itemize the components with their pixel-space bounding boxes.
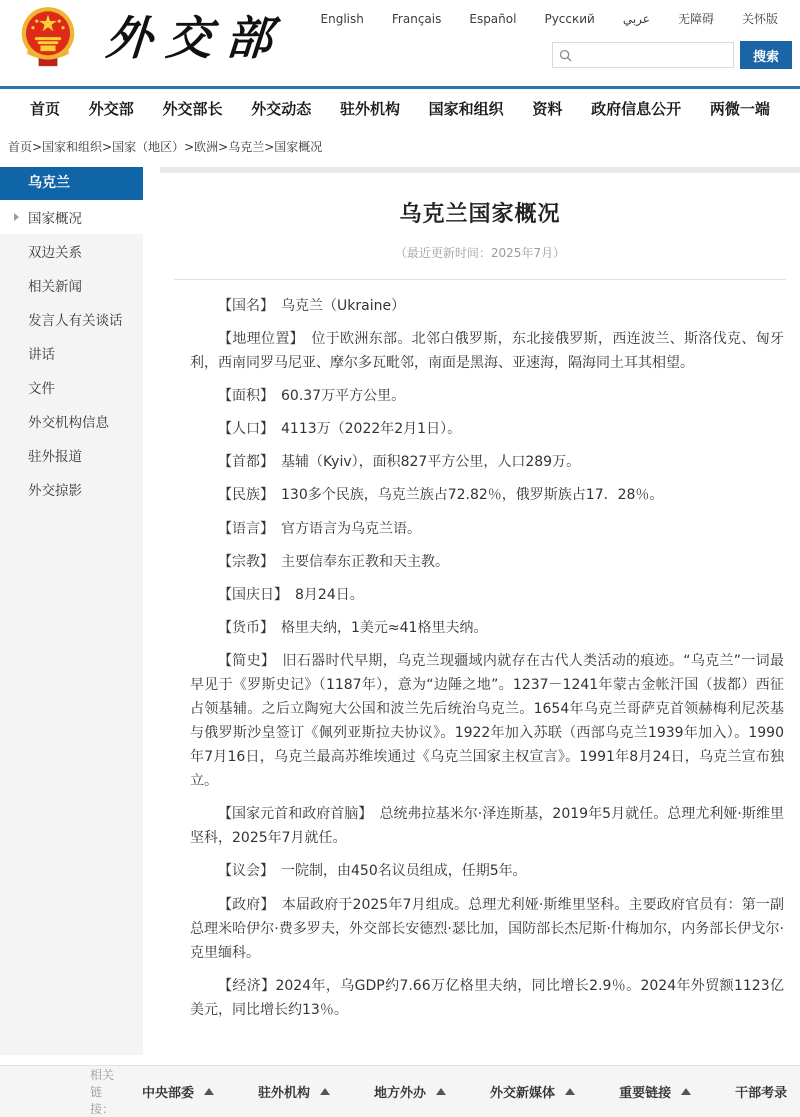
- site-header: 外交部 EnglishFrançaisEspañolРусскийعربي无障碍…: [0, 0, 800, 86]
- language-link[interactable]: عربي: [609, 12, 664, 26]
- language-link[interactable]: Français: [378, 12, 455, 26]
- sidebar-item-label: 外交掠影: [28, 479, 82, 499]
- footer-link[interactable]: 干部考录: [735, 1082, 787, 1101]
- article-paragraph: 【面积】 60.37万平方公里。: [190, 384, 784, 408]
- article-paragraph: 【国名】 乌克兰（Ukraine）: [190, 294, 784, 318]
- language-links: EnglishFrançaisEspañolРусскийعربي无障碍关怀版: [307, 10, 792, 27]
- sidebar-item-label: 外交机构信息: [28, 411, 109, 431]
- sidebar-item-label: 讲话: [28, 343, 55, 363]
- article-paragraph: 【民族】 130多个民族，乌克兰族占72.82％，俄罗斯族占17．28％。: [190, 483, 784, 507]
- article-paragraph: 【语言】 官方语言为乌克兰语。: [190, 517, 784, 541]
- search-icon: [559, 49, 572, 62]
- footer-link[interactable]: 重要链接: [619, 1082, 691, 1101]
- article-panel: 乌克兰国家概况 （最近更新时间：2025年7月） 【国名】 乌克兰（Ukrain…: [160, 167, 800, 1055]
- national-emblem-icon: [18, 6, 78, 70]
- footer-link-label: 重要链接: [619, 1082, 671, 1101]
- nav-item[interactable]: 两微一端: [710, 98, 770, 119]
- article-paragraph: 【地理位置】 位于欧洲东部。北邻白俄罗斯，东北接俄罗斯，西连波兰、斯洛伐克、匈牙…: [190, 327, 784, 375]
- sidebar-item[interactable]: 驻外报道: [0, 438, 143, 472]
- language-link[interactable]: 无障碍: [664, 10, 728, 27]
- chevron-right-icon: [14, 213, 19, 221]
- content-top-bar: [160, 167, 800, 173]
- title-divider: [174, 279, 786, 280]
- triangle-up-icon: [204, 1088, 214, 1095]
- article-paragraph: 【货币】 格里夫纳，1美元≈41格里夫纳。: [190, 616, 784, 640]
- nav-item[interactable]: 驻外机构: [340, 98, 400, 119]
- search-box[interactable]: [552, 42, 734, 68]
- page-layout: 乌克兰 国家概况 双边关系 相关新闻: [0, 167, 800, 1055]
- article-paragraph: 【政府】 本届政府于2025年7月组成。总理尤利娅·斯维里坚科。主要政府官员有：…: [190, 893, 784, 965]
- sidebar-header-country: 乌克兰: [0, 167, 143, 200]
- header-right: EnglishFrançaisEspañolРусскийعربي无障碍关怀版 …: [307, 10, 792, 69]
- search-button[interactable]: 搜索: [740, 41, 792, 69]
- nav-item[interactable]: 首页: [30, 98, 60, 119]
- footer-link-label: 地方外办: [374, 1082, 426, 1101]
- nav-item[interactable]: 政府信息公开: [591, 98, 681, 119]
- article-paragraph: 【简史】 旧石器时代早期，乌克兰现疆域内就存在古代人类活动的痕迹。“乌克兰”一词…: [190, 649, 784, 793]
- article-paragraph: 【人口】 4113万（2022年2月1日）。: [190, 417, 784, 441]
- nav-item[interactable]: 外交部长: [162, 98, 222, 119]
- sidebar-item[interactable]: 发言人有关谈话: [0, 302, 143, 336]
- article-paragraph: 【首都】 基辅（Kyiv），面积827平方公里，人口289万。: [190, 450, 784, 474]
- footer: 相关链接： 中央部委 驻外机构 地方外办 外交新媒体 重要链: [0, 1065, 800, 1117]
- article-paragraph: 【经济】2024年，乌GDP约7.66万亿格里夫纳，同比增长2.9％。2024年…: [190, 974, 784, 1022]
- related-links-label: 相关链接：: [90, 1066, 114, 1117]
- footer-link[interactable]: 地方外办: [374, 1082, 446, 1101]
- footer-link[interactable]: 中央部委: [142, 1082, 214, 1101]
- sidebar-item[interactable]: 外交机构信息: [0, 404, 143, 438]
- sidebar-item-label: 驻外报道: [28, 445, 82, 465]
- article-paragraph: 【国庆日】 8月24日。: [190, 583, 784, 607]
- sidebar-item-label: 文件: [28, 377, 55, 397]
- article-paragraph: 【国家元首和政府首脑】 总统弗拉基米尔·泽连斯基，2019年5月就任。总理尤利娅…: [190, 802, 784, 850]
- triangle-up-icon: [565, 1088, 575, 1095]
- calligraphy-logo: 外交部: [104, 6, 288, 70]
- footer-link[interactable]: 驻外机构: [258, 1082, 330, 1101]
- sidebar-item-label: 国家概况: [28, 207, 82, 227]
- site-logo[interactable]: 外交部: [18, 6, 286, 70]
- updated-time: （最近更新时间：2025年7月）: [160, 244, 800, 261]
- sidebar-item[interactable]: 双边关系: [0, 234, 143, 268]
- nav-item[interactable]: 资料: [532, 98, 562, 119]
- article-paragraph: 【议会】 一院制，由450名议员组成，任期5年。: [190, 859, 784, 883]
- article-body: 【国名】 乌克兰（Ukraine）【地理位置】 位于欧洲东部。北邻白俄罗斯，东北…: [160, 294, 800, 1055]
- footer-links: 中央部委 驻外机构 地方外办 外交新媒体 重要链接: [142, 1082, 800, 1101]
- sidebar-item[interactable]: 文件: [0, 370, 143, 404]
- article-paragraph: 【宗教】 主要信奉东正教和天主教。: [190, 550, 784, 574]
- search-row: 搜索: [307, 41, 792, 69]
- nav-item[interactable]: 外交部: [89, 98, 134, 119]
- sidebar-item[interactable]: 外交掠影: [0, 472, 143, 506]
- language-link[interactable]: 关怀版: [728, 10, 792, 27]
- breadcrumb[interactable]: 首页>国家和组织>国家（地区）>欧洲>乌克兰>国家概况: [0, 128, 800, 167]
- sidebar: 乌克兰 国家概况 双边关系 相关新闻: [0, 167, 143, 1055]
- footer-link-label: 外交新媒体: [490, 1082, 555, 1101]
- footer-link[interactable]: 外交新媒体: [490, 1082, 575, 1101]
- triangle-up-icon: [436, 1088, 446, 1095]
- triangle-up-icon: [681, 1088, 691, 1095]
- nav-item[interactable]: 国家和组织: [429, 98, 504, 119]
- search-input[interactable]: [577, 48, 727, 62]
- sidebar-item[interactable]: 相关新闻: [0, 268, 143, 302]
- footer-link-label: 干部考录: [735, 1082, 787, 1101]
- nav-item[interactable]: 外交动态: [251, 98, 311, 119]
- footer-link-label: 中央部委: [142, 1082, 194, 1101]
- sidebar-item[interactable]: 国家概况: [0, 200, 143, 234]
- sidebar-item-label: 相关新闻: [28, 275, 82, 295]
- language-link[interactable]: English: [307, 12, 378, 26]
- sidebar-menu: 国家概况 双边关系 相关新闻 发言人有关谈话: [0, 200, 143, 506]
- main-nav: 首页外交部外交部长外交动态驻外机构国家和组织资料政府信息公开两微一端: [0, 86, 800, 128]
- triangle-up-icon: [320, 1088, 330, 1095]
- sidebar-item-label: 发言人有关谈话: [28, 309, 123, 329]
- language-link[interactable]: Español: [455, 12, 530, 26]
- page-title: 乌克兰国家概况: [160, 197, 800, 228]
- sidebar-item-label: 双边关系: [28, 241, 82, 261]
- sidebar-item[interactable]: 讲话: [0, 336, 143, 370]
- footer-link-label: 驻外机构: [258, 1082, 310, 1101]
- language-link[interactable]: Русский: [530, 12, 608, 26]
